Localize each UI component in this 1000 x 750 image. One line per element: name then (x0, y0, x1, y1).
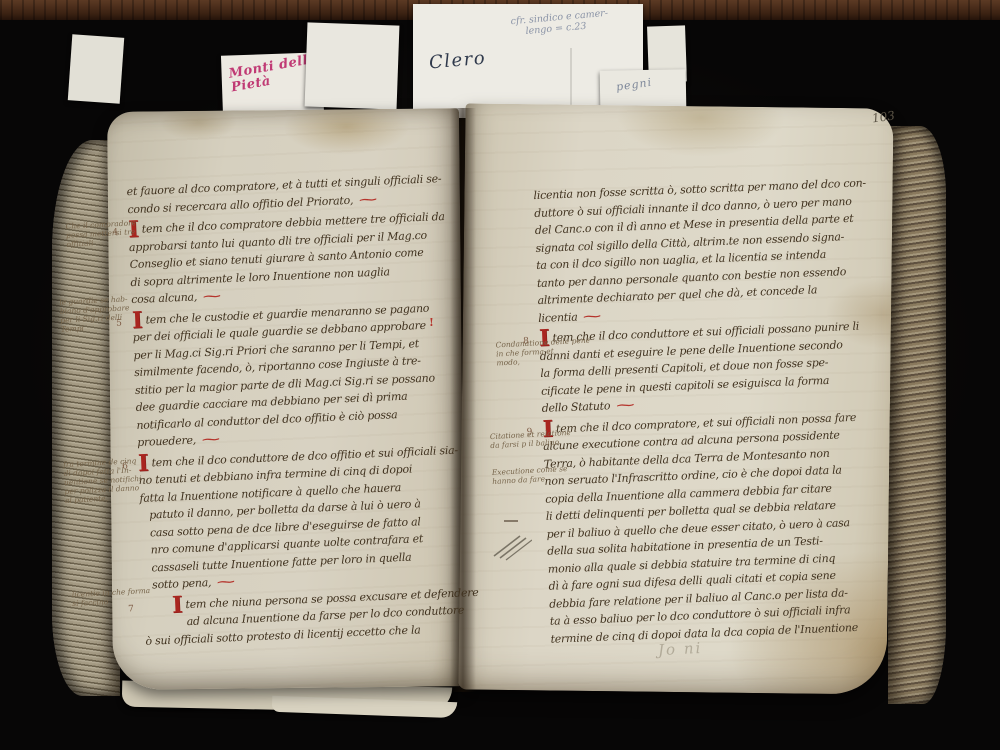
left_page-paragraph-5: 5Item che le custodie et guardie menaran… (132, 298, 474, 452)
red-flourish: ~ (614, 396, 636, 414)
left_page-paragraph-7: 7Item che niuna persona se possa excusar… (144, 583, 482, 650)
right_page-paragraph-9: 9Item che il dco compratore, et sui offi… (542, 407, 910, 648)
line-text: licentia (538, 310, 578, 324)
tab-pencil-note: cfr. sindico e camer- lengo = c.23 (510, 8, 609, 38)
folio-number: 103 (871, 108, 896, 125)
line-text: cosa alcuna, (131, 290, 197, 306)
right-page-text-column: licentia non fosse scritta ò, sotto scri… (533, 173, 911, 650)
blank-paper-tab-left (68, 34, 124, 103)
red-flourish: ~ (200, 287, 222, 305)
open-manuscript-book: 103 et fauore al dco compratore, et à tu… (52, 100, 947, 712)
faint-pencil-inscription: Jo ni (658, 639, 703, 659)
red-flourish: ~ (215, 573, 237, 591)
margin-dash-mark (504, 520, 518, 522)
tab-pegni-label: pegni (615, 76, 653, 94)
left_page-paragraph-4: 4Item che il dco compratore debbia mette… (128, 207, 467, 308)
marginal-note: Condanatione delle penein che forma etmo… (495, 336, 591, 368)
left-page-text-column: et fauore al dco compratore, et à tutti … (126, 169, 481, 653)
tab-clero-label: Clero (428, 48, 487, 74)
line-text: dello Statuto (541, 399, 610, 415)
right_page-paragraph-8: 8Item che il dco conduttore et sui offic… (539, 316, 902, 417)
red-initial: I (132, 315, 143, 325)
red-correction-mark: ! (429, 316, 434, 329)
red-flourish: ~ (581, 307, 603, 325)
pencil-slashes-mark (490, 530, 532, 562)
left_page-paragraph-6: 6Item che il dco conduttore de dco offit… (138, 440, 480, 594)
blank-paper-tab-middle (305, 22, 400, 109)
red-flourish: ~ (199, 430, 221, 448)
line-text: prouedere, (137, 434, 196, 449)
line-text: sotto pena, (152, 576, 212, 591)
marginal-note: fra termine de cinqdi dopoi fatta l'In-u… (63, 456, 143, 505)
red-flourish: ~ (357, 190, 379, 208)
red-initial: I (172, 600, 183, 610)
right_page-paragraph-continuation: licentia non fosse scritta ò, sotto scri… (533, 173, 898, 327)
marginal-note: Che il compradorepossa mettersi treoffit… (65, 218, 137, 249)
marginal-note: le guardie se hab-biano d'approbareper l… (59, 294, 131, 334)
